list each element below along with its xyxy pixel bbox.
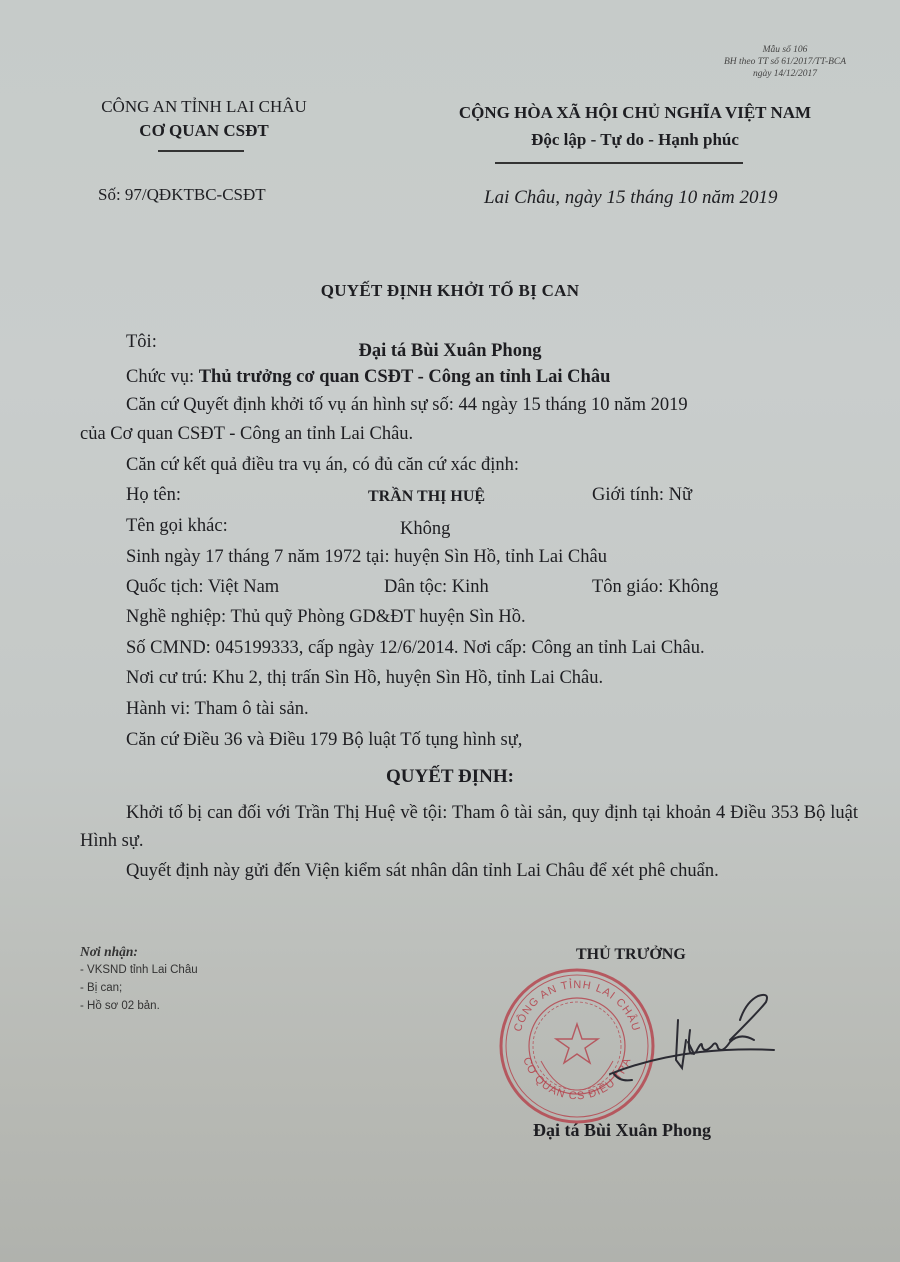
accused-ethnicity: Dân tộc: Kinh (384, 577, 489, 598)
accused-alias-label: Tên gọi khác: (126, 516, 228, 537)
signature-icon (590, 980, 790, 1110)
accused-religion: Tôn giáo: Không (592, 577, 718, 598)
accused-alias: Không (400, 519, 450, 540)
issuer-name: Đại tá Bùi Xuân Phong (0, 341, 900, 362)
form-ref-line3: ngày 14/12/2017 (700, 68, 870, 80)
form-ref-line1: Mẫu số 106 (700, 44, 870, 56)
decision-para2: Quyết định này gửi đến Viện kiểm sát nhâ… (80, 857, 858, 885)
motto-underline (495, 162, 743, 164)
recipient-item: - Bị can; (80, 979, 198, 997)
agency-underline (158, 150, 244, 152)
country-name: CỘNG HÒA XÃ HỘI CHỦ NGHĨA VIỆT NAM (415, 103, 855, 123)
document-number: Số: 97/QĐKTBC-CSĐT (98, 185, 266, 205)
place-date: Lai Châu, ngày 15 tháng 10 năm 2019 (484, 187, 777, 209)
accused-birth: Sinh ngày 17 tháng 7 năm 1972 tại: huyện… (126, 547, 607, 568)
accused-gender: Giới tính: Nữ (592, 485, 692, 506)
form-ref-line2: BH theo TT số 61/2017/TT-BCA (700, 56, 870, 68)
basis-line3: Căn cứ kết quả điều tra vụ án, có đủ căn… (126, 455, 519, 476)
signer-title: THỦ TRƯỞNG (576, 946, 686, 964)
position-label: Chức vụ: (126, 367, 199, 387)
decision-heading: QUYẾT ĐỊNH: (0, 766, 900, 788)
recipient-item: - Hồ sơ 02 bản. (80, 997, 198, 1015)
decision-para1: Khởi tố bị can đối với Trần Thị Huệ về t… (80, 799, 858, 855)
issuer-position: Chức vụ: Thủ trưởng cơ quan CSĐT - Công … (126, 367, 610, 388)
accused-occupation: Nghề nghiệp: Thủ quỹ Phòng GD&ĐT huyện S… (126, 607, 526, 628)
legal-basis: Căn cứ Điều 36 và Điều 179 Bộ luật Tố tụ… (126, 730, 522, 751)
recipients: Nơi nhận: - VKSND tỉnh Lai Châu - Bị can… (80, 943, 198, 1015)
agency-parent: CÔNG AN TỈNH LAI CHÂU (82, 97, 326, 117)
position-value: Thủ trưởng cơ quan CSĐT - Công an tỉnh L… (199, 367, 611, 387)
accused-name: TRẦN THỊ HUỆ (368, 488, 485, 506)
accused-nationality: Quốc tịch: Việt Nam (126, 577, 279, 598)
accused-residence: Nơi cư trú: Khu 2, thị trấn Sìn Hồ, huyệ… (126, 668, 603, 689)
agency-name: CƠ QUAN CSĐT (82, 121, 326, 141)
basis-line1: Căn cứ Quyết định khởi tố vụ án hình sự … (126, 395, 688, 416)
accused-act: Hành vi: Tham ô tài sản. (126, 699, 309, 720)
basis-line2: của Cơ quan CSĐT - Công an tỉnh Lai Châu… (80, 424, 413, 445)
accused-name-label: Họ tên: (126, 485, 181, 506)
form-reference: Mẫu số 106 BH theo TT số 61/2017/TT-BCA … (700, 44, 870, 80)
accused-id-card: Số CMND: 045199333, cấp ngày 12/6/2014. … (126, 638, 705, 659)
recipients-heading: Nơi nhận: (80, 943, 198, 961)
national-motto: Độc lập - Tự do - Hạnh phúc (415, 130, 855, 150)
document-title: QUYẾT ĐỊNH KHỞI TỐ BỊ CAN (0, 281, 900, 301)
recipient-item: - VKSND tỉnh Lai Châu (80, 961, 198, 979)
signer-name: Đại tá Bùi Xuân Phong (533, 1120, 711, 1141)
